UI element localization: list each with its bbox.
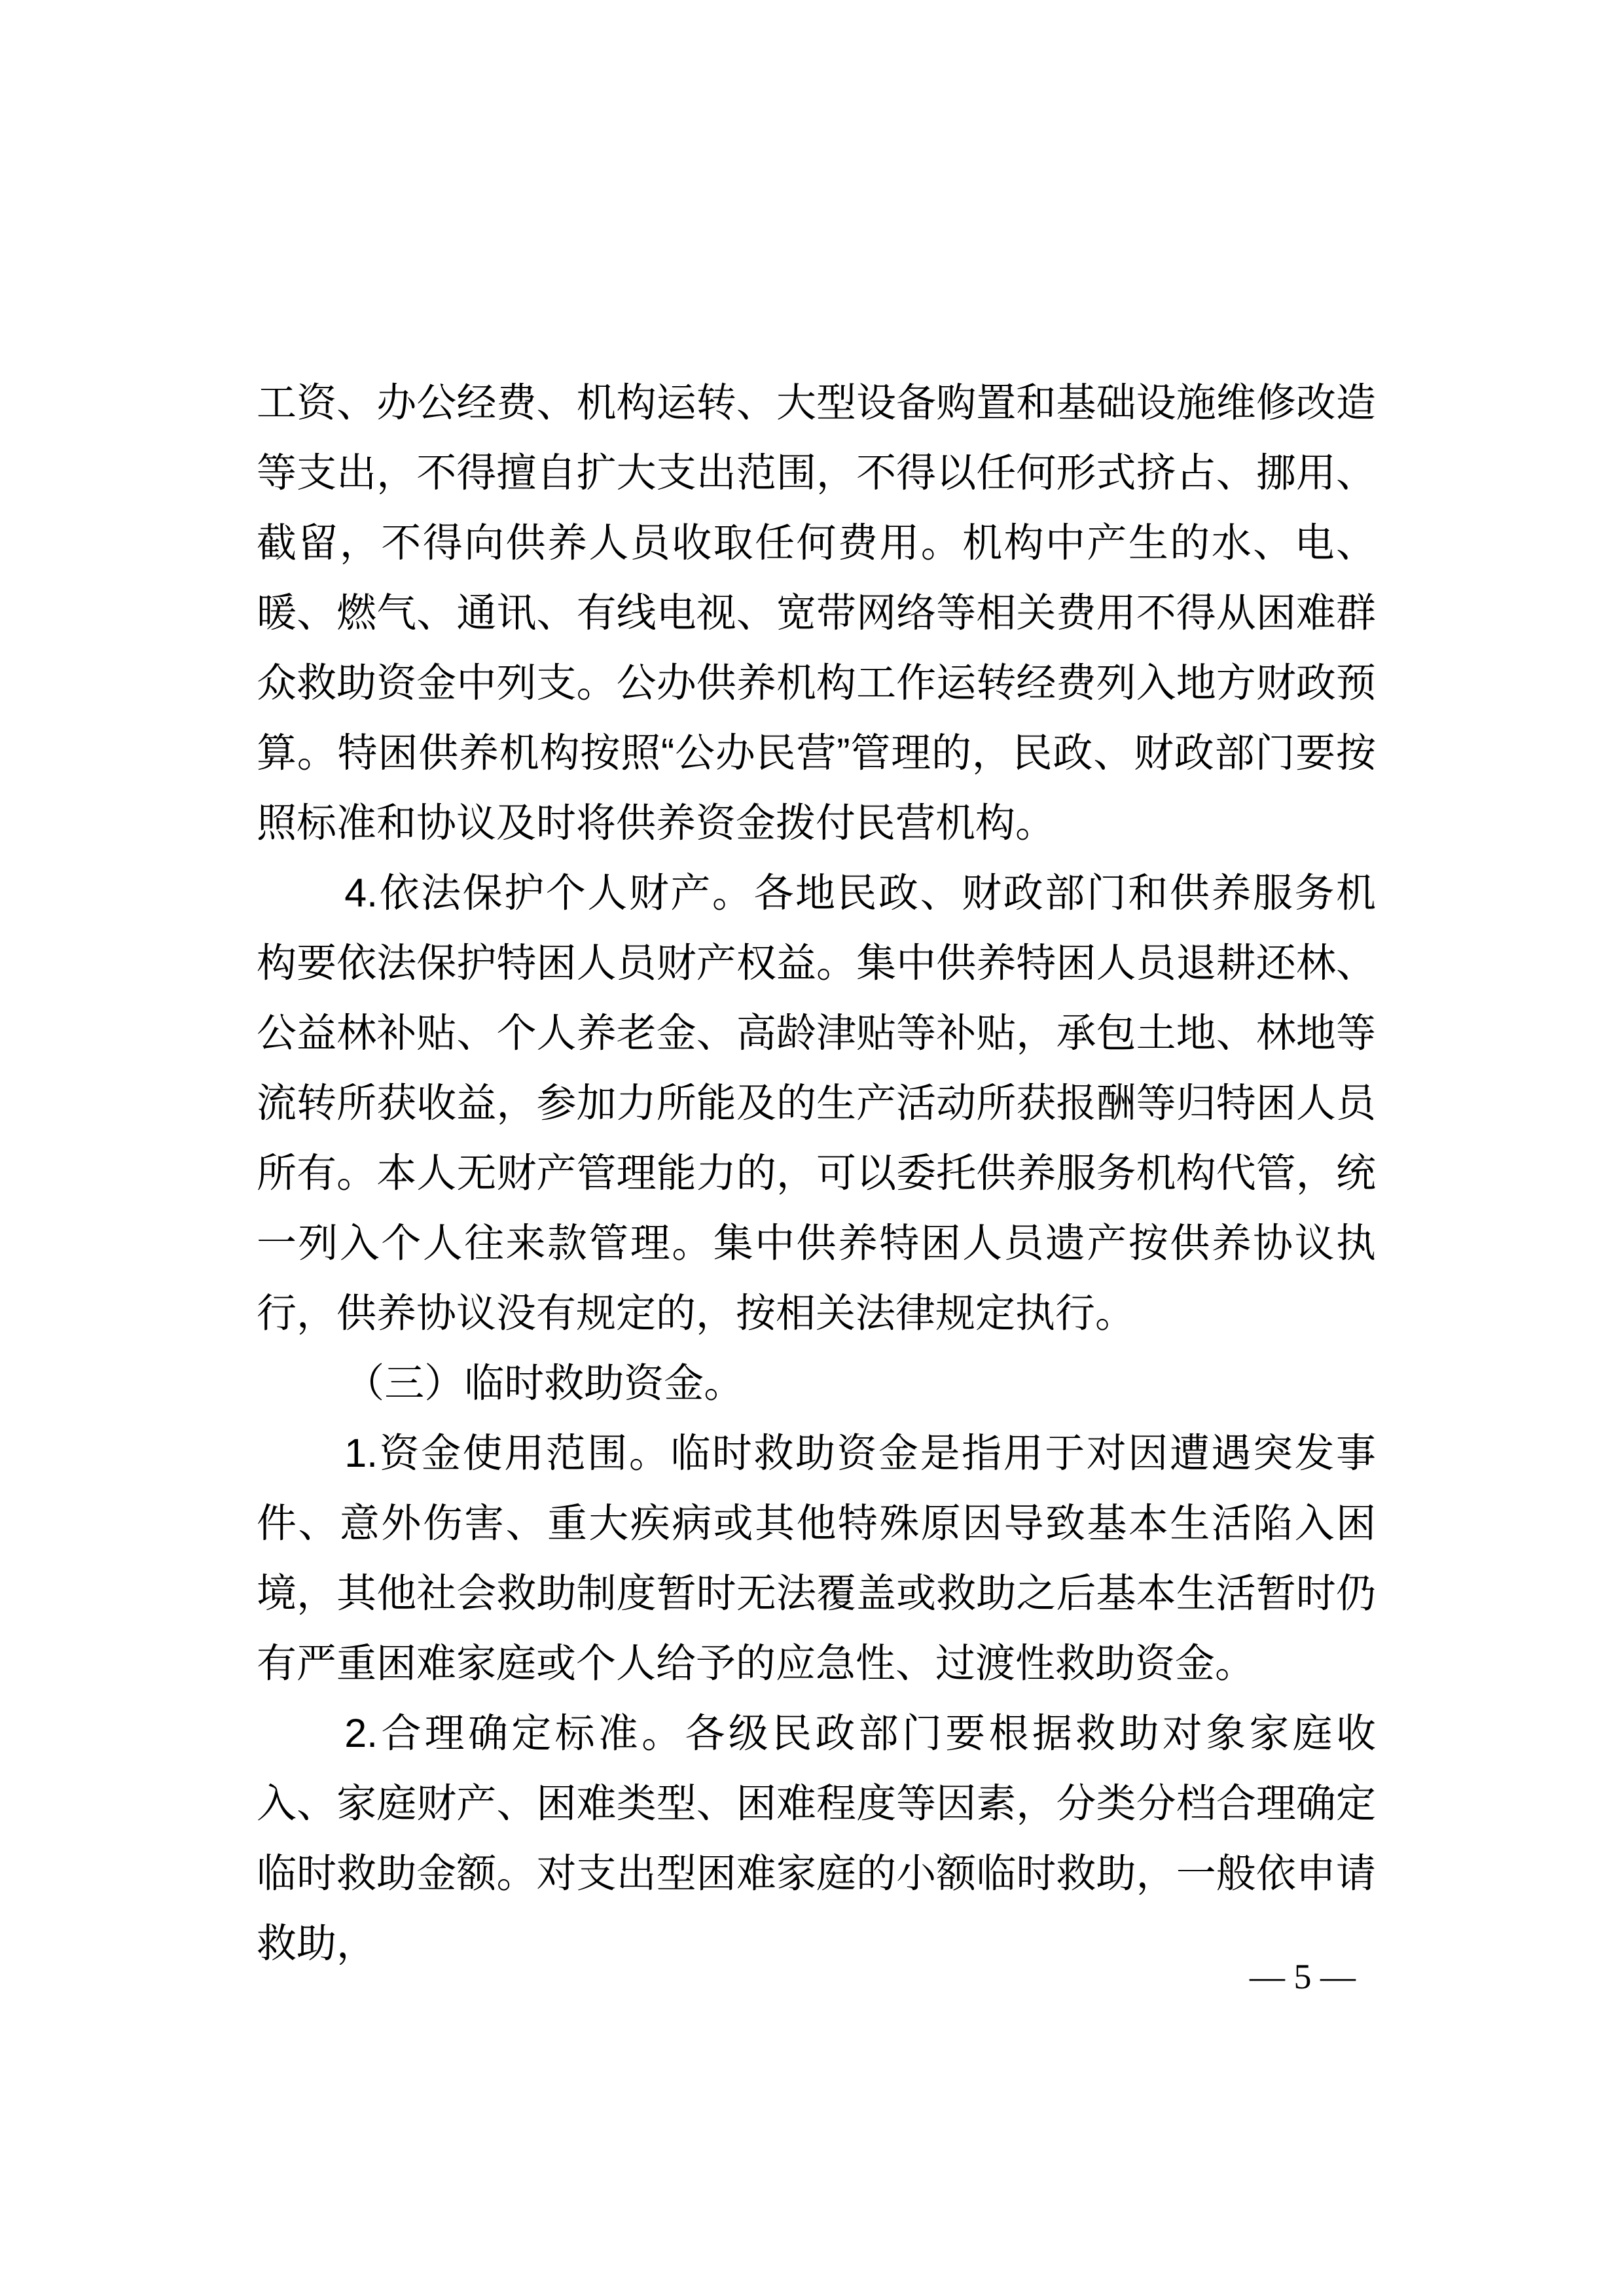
body-paragraph: 工资、办公经费、机构运转、大型设备购置和基础设施维修改造等支出，不得擅自扩大支出…: [257, 368, 1376, 858]
page-number: — 5 —: [1218, 1957, 1388, 1996]
body-paragraph: 4.依法保护个人财产。各地民政、财政部门和供养服务机构要依法保护特困人员财产权益…: [257, 858, 1376, 1348]
body-paragraph: 2.合理确定标准。各级民政部门要根据救助对象家庭收入、家庭财产、困难类型、困难程…: [257, 1698, 1376, 1979]
body-paragraph: 1.资金使用范围。临时救助资金是指用于对因遭遇突发事件、意外伤害、重大疾病或其他…: [257, 1418, 1376, 1698]
document-page: 工资、办公经费、机构运转、大型设备购置和基础设施维修改造等支出，不得擅自扩大支出…: [0, 0, 1624, 2296]
document-body: 工资、办公经费、机构运转、大型设备购置和基础设施维修改造等支出，不得擅自扩大支出…: [257, 368, 1376, 1979]
section-heading-paragraph: （三）临时救助资金。: [257, 1348, 1376, 1418]
